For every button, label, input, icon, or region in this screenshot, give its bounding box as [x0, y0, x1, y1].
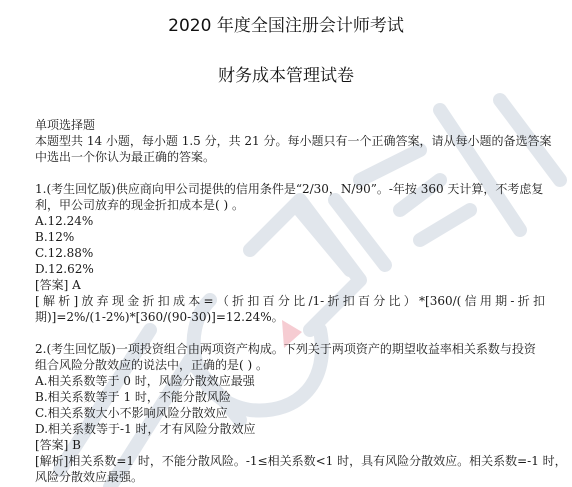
question-stem-line-1: 2.(考生回忆版)一项投资组合由两项资产构成。下列关于两项资产的期望收益率相关系… — [35, 341, 545, 357]
analysis-line-2: 期)]=2%/(1-2%)*[360/(90-30)]=12.24%。 — [35, 309, 545, 325]
analysis-line-1: [解析]放弃现金折扣成本=（折扣百分比/1-折扣百分比）*[360/(信用期-折… — [35, 293, 545, 309]
question-stem-line-2: 组合风险分散效应的说法中，正确的是( ) 。 — [35, 357, 545, 373]
section-instructions-line-2: 中选出一个你认为最正确的答案。 — [35, 149, 545, 165]
document-body: 单项选择题 本题型共 14 小题，每小题 1.5 分，共 21 分。每小题只有一… — [35, 117, 545, 485]
option-c: C.相关系数大小不影响风险分散效应 — [35, 405, 545, 421]
answer: [答案] A — [35, 277, 545, 293]
answer: [答案] B — [35, 437, 545, 453]
question-2: 2.(考生回忆版)一项投资组合由两项资产构成。下列关于两项资产的期望收益率相关系… — [35, 341, 545, 485]
option-c: C.12.88% — [35, 245, 545, 261]
option-d: D.相关系数等于-1 时，才有风险分散效应 — [35, 421, 545, 437]
document-page: 2020 年度全国注册会计师考试 财务成本管理试卷 单项选择题 本题型共 14 … — [0, 0, 572, 487]
question-1: 1.(考生回忆版)供应商向甲公司提供的信用条件是“2/30，N/90”。-年按 … — [35, 181, 545, 325]
document-title: 2020 年度全国注册会计师考试 — [0, 11, 572, 36]
section-instructions-line-1: 本题型共 14 小题，每小题 1.5 分，共 21 分。每小题只有一个正确答案，… — [35, 133, 545, 149]
option-a: A.12.24% — [35, 213, 545, 229]
option-b: B.12% — [35, 229, 545, 245]
option-a: A.相关系数等于 0 时，风险分散效应最强 — [35, 373, 545, 389]
question-stem-line-1: 1.(考生回忆版)供应商向甲公司提供的信用条件是“2/30，N/90”。-年按 … — [35, 181, 545, 197]
analysis-line-2: 风险分散效应最强。 — [35, 469, 545, 485]
analysis-line-1: [解析]相关系数=1 时，不能分散风险。-1≤相关系数<1 时，具有风险分散效应… — [35, 453, 545, 469]
section-heading: 单项选择题 — [35, 117, 545, 133]
document-subtitle: 财务成本管理试卷 — [0, 61, 572, 86]
question-stem-line-2: 利，甲公司放弃的现金折扣成本是( ) 。 — [35, 197, 545, 213]
option-d: D.12.62% — [35, 261, 545, 277]
option-b: B.相关系数等于 1 时，不能分散风险 — [35, 389, 545, 405]
